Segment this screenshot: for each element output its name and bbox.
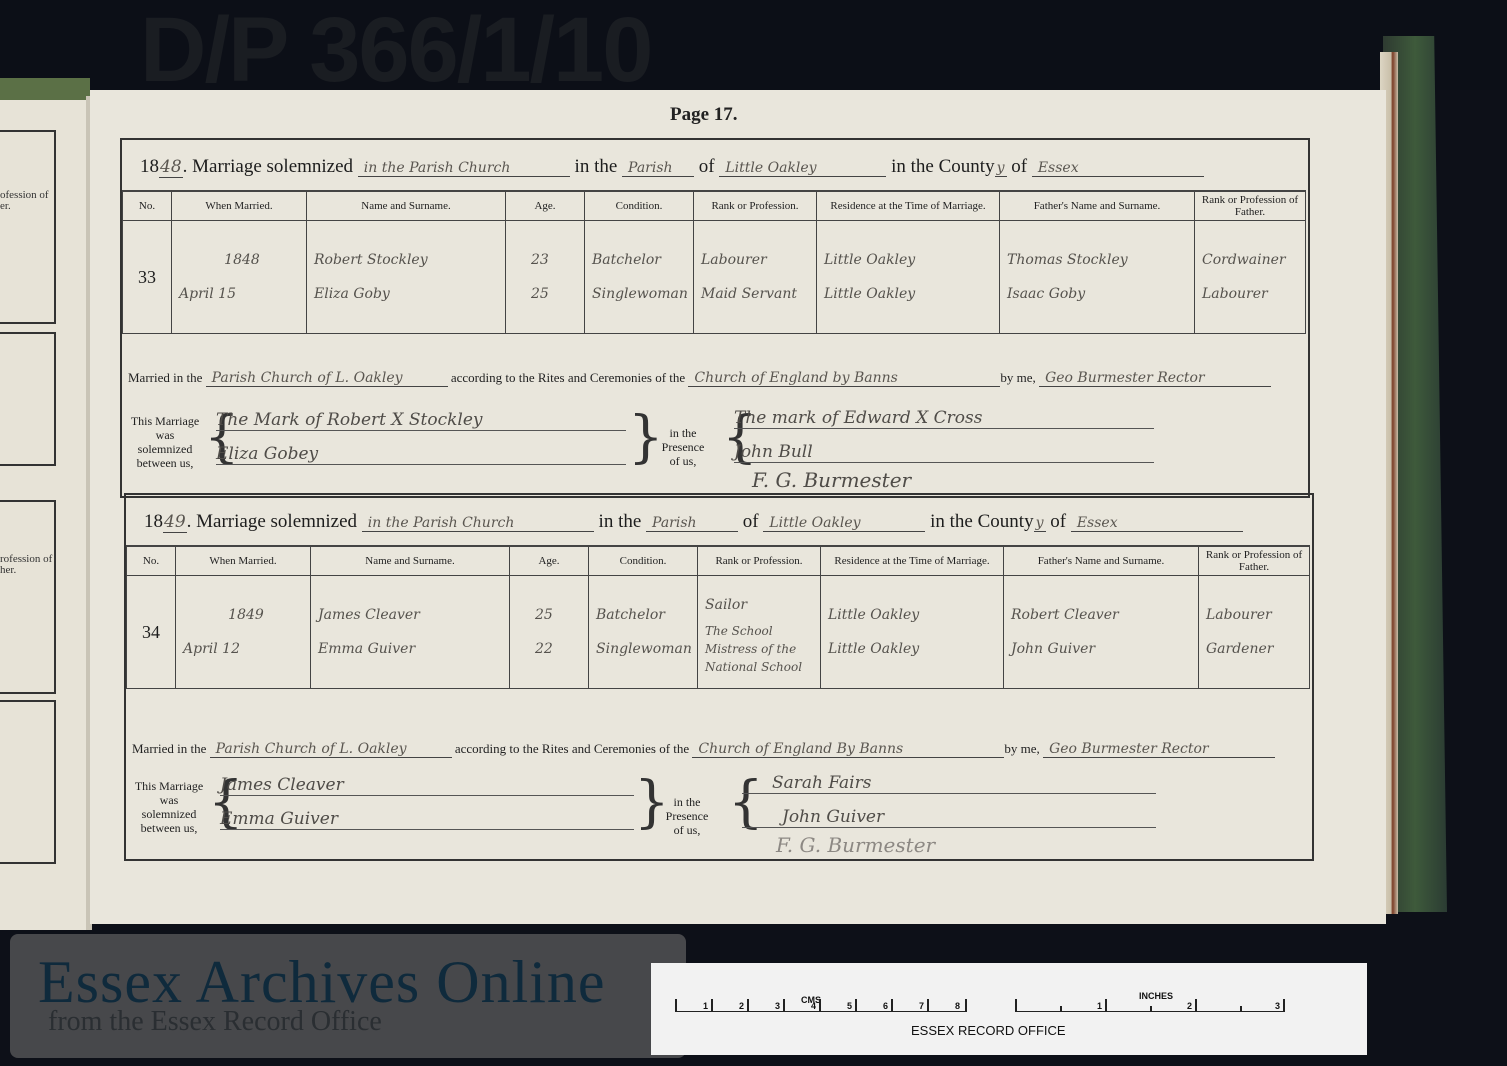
district-name: Little Oakley bbox=[763, 515, 925, 532]
father-name-cell: Robert CleaverJohn Guiver bbox=[1004, 576, 1199, 689]
county-name: Essex bbox=[1032, 160, 1204, 177]
groom-father-rank: Labourer bbox=[1200, 598, 1308, 632]
condition-cell: BatchelorSinglewoman bbox=[585, 221, 694, 334]
left-table-fragment bbox=[0, 500, 56, 694]
table-header-row: No. When Married. Name and Surname. Age.… bbox=[127, 546, 1310, 576]
label-line: Presence bbox=[648, 440, 718, 454]
label-line: of us, bbox=[648, 454, 718, 468]
witness-signature: John Guiver bbox=[742, 807, 1156, 828]
label-line: Presence bbox=[652, 809, 722, 823]
witness-signature: The mark of Edward X Cross bbox=[734, 408, 1154, 429]
label-line: solemnized bbox=[124, 442, 206, 456]
rank-cell: LabourerMaid Servant bbox=[694, 221, 817, 334]
when-year: 1848 bbox=[173, 243, 305, 277]
column-header: Rank or Profession. bbox=[698, 546, 821, 576]
rites-label: according to the Rites and Ceremonies of… bbox=[455, 741, 689, 756]
inch-tick: 3 bbox=[1275, 1001, 1280, 1011]
groom-condition: Batchelor bbox=[586, 243, 692, 277]
by-me-label: by me, bbox=[1004, 741, 1039, 756]
column-header: Residence at the Time of Marriage. bbox=[821, 546, 1004, 576]
bride-condition: Singlewoman bbox=[590, 632, 696, 666]
column-header: Rank or Profession. bbox=[694, 191, 817, 221]
cm-tick: 5 bbox=[847, 1001, 852, 1011]
rites-value: Church of England by Banns bbox=[688, 370, 1000, 387]
of-label: of bbox=[743, 511, 759, 532]
rank-cell: SailorThe School Mistress of the Nationa… bbox=[698, 576, 821, 689]
marriage-entry-33: 1848. Marriage solemnized in the Parish … bbox=[120, 138, 1310, 498]
rites-label: according to the Rites and Ceremonies of… bbox=[451, 370, 685, 385]
name-cell: James CleaverEmma Guiver bbox=[311, 576, 510, 689]
in-the-label: in the bbox=[599, 511, 642, 532]
column-header: When Married. bbox=[176, 546, 311, 576]
bride-signature: Emma Guiver bbox=[220, 809, 634, 830]
district-type: Parish bbox=[646, 515, 738, 532]
groom-signature: The Mark of Robert X Stockley bbox=[216, 410, 626, 431]
bride-rank: The School Mistress of the National Scho… bbox=[699, 622, 819, 676]
witness-signature: Sarah Fairs bbox=[742, 773, 1156, 794]
column-header: Name and Surname. bbox=[311, 546, 510, 576]
when-date: April 15 bbox=[173, 277, 305, 311]
left-page-text: er. bbox=[0, 201, 11, 212]
father-rank-cell: CordwainerLabourer bbox=[1195, 221, 1306, 334]
measurement-ruler: CMS 1 2 3 4 5 6 7 8 INCHES 1 2 3 ESSEX R… bbox=[651, 963, 1367, 1055]
groom-signature: James Cleaver bbox=[220, 775, 634, 796]
column-header: Condition. bbox=[589, 546, 698, 576]
of-label: of bbox=[699, 156, 715, 177]
column-header: Residence at the Time of Marriage. bbox=[817, 191, 1000, 221]
label-line: of us, bbox=[652, 823, 722, 837]
presence-label: in the Presence of us, bbox=[648, 426, 718, 468]
inch-scale: 1 2 3 bbox=[1015, 999, 1285, 1012]
in-the-label: in the bbox=[575, 156, 618, 177]
groom-name: Robert Stockley bbox=[308, 243, 504, 277]
bride-residence: Little Oakley bbox=[822, 632, 1002, 666]
column-header: Rank or Profession of Father. bbox=[1195, 191, 1306, 221]
district-name: Little Oakley bbox=[719, 160, 886, 177]
groom-father-name: Thomas Stockley bbox=[1001, 243, 1193, 277]
married-in-place: Parish Church of L. Oakley bbox=[206, 370, 448, 387]
age-cell: 2522 bbox=[510, 576, 589, 689]
name-cell: Robert StockleyEliza Goby bbox=[307, 221, 506, 334]
bride-residence: Little Oakley bbox=[818, 277, 998, 311]
cm-tick: 1 bbox=[703, 1001, 708, 1011]
groom-residence: Little Oakley bbox=[818, 243, 998, 277]
married-in-line: Married in the Parish Church of L. Oakle… bbox=[132, 731, 1275, 758]
bride-father-rank: Labourer bbox=[1196, 277, 1304, 311]
bride-father-name: John Guiver bbox=[1005, 632, 1197, 666]
age-cell: 2325 bbox=[506, 221, 585, 334]
page-number: Page 17. bbox=[670, 104, 738, 126]
bride-age: 25 bbox=[507, 277, 583, 311]
label-line: between us, bbox=[128, 821, 210, 835]
table-row: 34 1849April 12 James CleaverEmma Guiver… bbox=[127, 576, 1310, 689]
when-married-cell: 1848April 15 bbox=[172, 221, 307, 334]
cm-tick: 3 bbox=[775, 1001, 780, 1011]
groom-rank: Sailor bbox=[699, 588, 819, 622]
cm-tick: 8 bbox=[955, 1001, 960, 1011]
entry-headline: 1848. Marriage solemnized in the Parish … bbox=[140, 156, 1204, 178]
solemnized-label: Marriage solemnized bbox=[192, 156, 353, 177]
label-line: in the bbox=[648, 426, 718, 440]
left-table-fragment bbox=[0, 130, 56, 324]
when-date: April 12 bbox=[177, 632, 309, 666]
year-prefix: 18 bbox=[144, 511, 163, 532]
county-label: in the County bbox=[891, 156, 994, 177]
officiant-signature: Geo Burmester Rector bbox=[1039, 370, 1271, 387]
county-suffix: y bbox=[995, 160, 1007, 177]
groom-father-rank: Cordwainer bbox=[1196, 243, 1304, 277]
year-suffix: 48 bbox=[159, 157, 183, 178]
cm-scale: 1 2 3 4 5 6 7 8 bbox=[675, 999, 967, 1012]
inch-tick: 2 bbox=[1187, 1001, 1192, 1011]
witness-signature: F. G. Burmester bbox=[776, 833, 935, 857]
witness-signature: John Bull bbox=[734, 442, 1154, 463]
solemnized-place: in the Parish Church bbox=[358, 160, 570, 177]
between-us-label: This Marriage was solemnized between us, bbox=[124, 414, 206, 470]
bride-condition: Singlewoman bbox=[586, 277, 692, 311]
label-line: This Marriage bbox=[128, 779, 210, 793]
of-label: of bbox=[1011, 156, 1027, 177]
residence-cell: Little OakleyLittle Oakley bbox=[821, 576, 1004, 689]
column-header: Rank or Profession of Father. bbox=[1199, 546, 1310, 576]
left-table-fragment bbox=[0, 332, 56, 466]
married-in-line: Married in the Parish Church of L. Oakle… bbox=[128, 360, 1271, 387]
of-label: of bbox=[1050, 511, 1066, 532]
solemnized-place: in the Parish Church bbox=[362, 515, 594, 532]
bride-name: Eliza Goby bbox=[308, 277, 504, 311]
cm-tick: 7 bbox=[919, 1001, 924, 1011]
year-suffix: 49 bbox=[163, 512, 187, 533]
register-table: No. When Married. Name and Surname. Age.… bbox=[126, 545, 1310, 689]
label-line: was bbox=[128, 793, 210, 807]
married-in-place: Parish Church of L. Oakley bbox=[210, 741, 452, 758]
column-header: No. bbox=[123, 191, 172, 221]
county-name: Essex bbox=[1071, 515, 1243, 532]
column-header: No. bbox=[127, 546, 176, 576]
year-prefix: 18 bbox=[140, 156, 159, 177]
groom-age: 25 bbox=[511, 598, 587, 632]
entry-number: 33 bbox=[123, 221, 172, 334]
married-in-label: Married in the bbox=[132, 741, 206, 756]
column-header: Name and Surname. bbox=[307, 191, 506, 221]
groom-age: 23 bbox=[507, 243, 583, 277]
officiant-signature: Geo Burmester Rector bbox=[1043, 741, 1275, 758]
between-us-label: This Marriage was solemnized between us, bbox=[128, 779, 210, 835]
county-suffix: y bbox=[1034, 515, 1046, 532]
inch-tick: 1 bbox=[1097, 1001, 1102, 1011]
solemnized-label: Marriage solemnized bbox=[196, 511, 357, 532]
logo-subtitle: from the Essex Record Office bbox=[48, 1006, 382, 1038]
groom-father-name: Robert Cleaver bbox=[1005, 598, 1197, 632]
when-married-cell: 1849April 12 bbox=[176, 576, 311, 689]
label-line: This Marriage bbox=[124, 414, 206, 428]
district-type: Parish bbox=[622, 160, 694, 177]
register-table: No. When Married. Name and Surname. Age.… bbox=[122, 190, 1306, 334]
bride-age: 22 bbox=[511, 632, 587, 666]
column-header: Father's Name and Surname. bbox=[1000, 191, 1195, 221]
table-header-row: No. When Married. Name and Surname. Age.… bbox=[123, 191, 1306, 221]
left-page-fragment: ofession of er. rofession of her. bbox=[0, 100, 92, 930]
residence-cell: Little OakleyLittle Oakley bbox=[817, 221, 1000, 334]
witness-signature: F. G. Burmester bbox=[752, 468, 911, 492]
left-table-fragment bbox=[0, 700, 56, 864]
bride-name: Emma Guiver bbox=[312, 632, 508, 666]
table-row: 33 1848April 15 Robert StockleyEliza Gob… bbox=[123, 221, 1306, 334]
father-name-cell: Thomas StockleyIsaac Goby bbox=[1000, 221, 1195, 334]
column-header: When Married. bbox=[172, 191, 307, 221]
married-in-label: Married in the bbox=[128, 370, 202, 385]
cm-tick: 6 bbox=[883, 1001, 888, 1011]
column-header: Condition. bbox=[585, 191, 694, 221]
record-office-label: ESSEX RECORD OFFICE bbox=[911, 1023, 1066, 1038]
condition-cell: BatchelorSinglewoman bbox=[589, 576, 698, 689]
label-line: solemnized bbox=[128, 807, 210, 821]
rites-value: Church of England By Banns bbox=[692, 741, 1004, 758]
bride-father-rank: Gardener bbox=[1200, 632, 1308, 666]
column-header: Father's Name and Surname. bbox=[1004, 546, 1199, 576]
entry-number: 34 bbox=[127, 576, 176, 689]
cm-tick: 2 bbox=[739, 1001, 744, 1011]
reference-watermark: D/P 366/1/10 bbox=[140, 0, 651, 100]
bride-father-name: Isaac Goby bbox=[1001, 277, 1193, 311]
label-line: in the bbox=[652, 795, 722, 809]
cm-tick: 4 bbox=[811, 1001, 816, 1011]
by-me-label: by me, bbox=[1000, 370, 1035, 385]
county-label: in the County bbox=[930, 511, 1033, 532]
bride-rank: Maid Servant bbox=[695, 277, 815, 311]
label-line: was bbox=[124, 428, 206, 442]
left-page-text: her. bbox=[0, 565, 16, 576]
father-rank-cell: LabourerGardener bbox=[1199, 576, 1310, 689]
bride-signature: Eliza Gobey bbox=[216, 444, 626, 465]
column-header: Age. bbox=[510, 546, 589, 576]
groom-name: James Cleaver bbox=[312, 598, 508, 632]
groom-rank: Labourer bbox=[695, 243, 815, 277]
marriage-entry-34: 1849. Marriage solemnized in the Parish … bbox=[124, 493, 1314, 861]
column-header: Age. bbox=[506, 191, 585, 221]
label-line: between us, bbox=[124, 456, 206, 470]
presence-label: in the Presence of us, bbox=[652, 795, 722, 837]
entry-headline: 1849. Marriage solemnized in the Parish … bbox=[144, 511, 1243, 533]
when-year: 1849 bbox=[177, 598, 309, 632]
book-cover-left bbox=[0, 78, 90, 102]
groom-residence: Little Oakley bbox=[822, 598, 1002, 632]
groom-condition: Batchelor bbox=[590, 598, 696, 632]
